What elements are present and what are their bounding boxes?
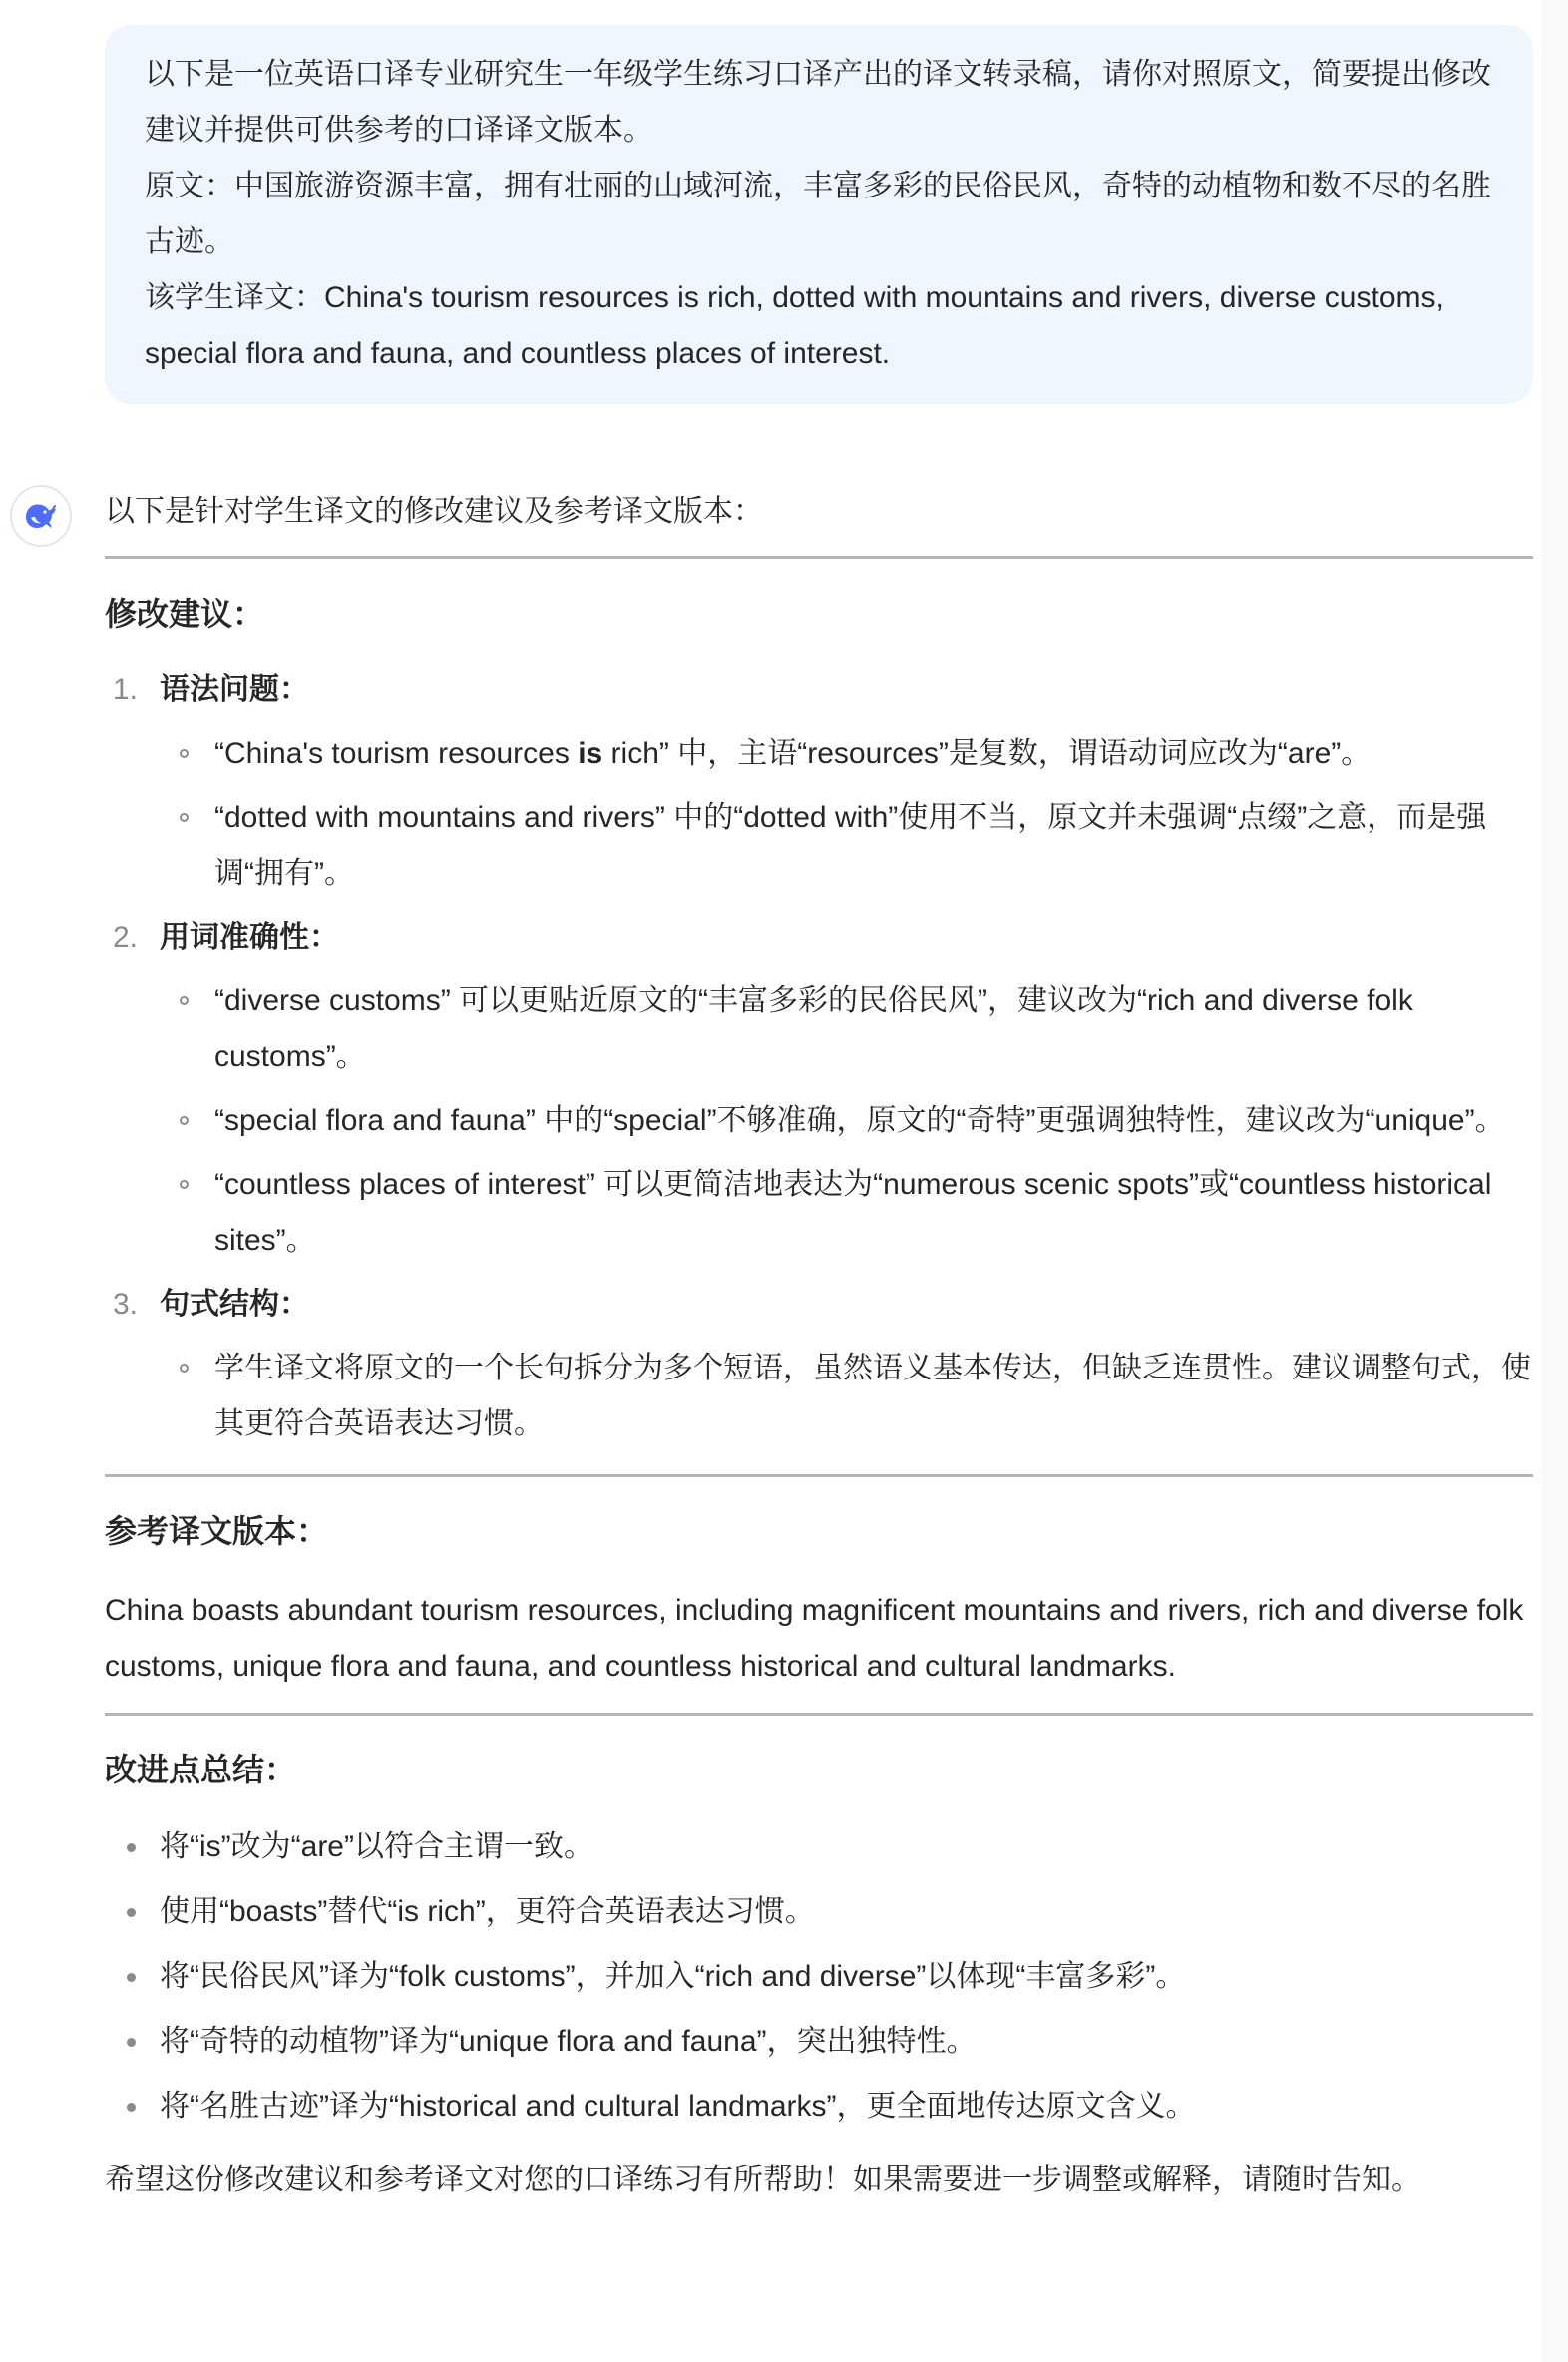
sub-item-text: “diverse customs” 可以更贴近原文的“丰富多彩的民俗民风”，建议…	[214, 984, 1413, 1073]
suggestion-item: 1. 语法问题： “China's tourism resources is r…	[105, 662, 1533, 902]
deepseek-whale-icon	[23, 501, 59, 531]
suggestion-item: 2. 用词准确性： “diverse customs” 可以更贴近原文的“丰富多…	[105, 910, 1533, 1269]
user-message-line: 以下是一位英语口译专业研究生一年级学生练习口译产出的译文转录稿，请你对照原文，简…	[145, 47, 1493, 159]
suggestion-label: 句式结构：	[160, 1288, 309, 1321]
summary-item: 将“is”改为“are”以符合主谓一致。	[105, 1819, 1533, 1875]
list-number: 1.	[113, 662, 138, 718]
summary-heading: 改进点总结：	[105, 1742, 1533, 1797]
right-panel-edge	[1542, 0, 1568, 2362]
summary-item: 使用“boasts”替代“is rich”，更符合英语表达习惯。	[105, 1884, 1533, 1940]
suggestion-item: 3. 句式结构： 学生译文将原文的一个长句拆分为多个短语，虽然语义基本传达，但缺…	[105, 1277, 1533, 1452]
assistant-intro: 以下是针对学生译文的修改建议及参考译文版本：	[105, 484, 1533, 540]
sub-item: “diverse customs” 可以更贴近原文的“丰富多彩的民俗民风”，建议…	[160, 974, 1533, 1085]
suggestion-subitems: 学生译文将原文的一个长句拆分为多个短语，虽然语义基本传达，但缺乏连贯性。建议调整…	[160, 1341, 1533, 1452]
summary-list: 将“is”改为“are”以符合主谓一致。 使用“boasts”替代“is ric…	[105, 1819, 1533, 2135]
divider	[105, 1474, 1533, 1477]
sub-item: “dotted with mountains and rivers” 中的“do…	[160, 790, 1533, 902]
sub-item-text: 学生译文将原文的一个长句拆分为多个短语，虽然语义基本传达，但缺乏连贯性。建议调整…	[214, 1352, 1531, 1440]
sub-item-text: “China's tourism resources	[214, 737, 578, 770]
divider	[105, 1713, 1533, 1716]
sub-item: “countless places of interest” 可以更简洁地表达为…	[160, 1157, 1533, 1269]
sub-item-text: “special flora and fauna” 中的“special”不够准…	[214, 1104, 1505, 1137]
sub-item-text: rich” 中，主语“resources”是复数，谓语动词应改为“are”。	[602, 737, 1371, 770]
closing-text: 希望这份修改建议和参考译文对您的口译练习有所帮助！如果需要进一步调整或解释，请随…	[105, 2153, 1533, 2208]
summary-item: 将“奇特的动植物”译为“unique flora and fauna”，突出独特…	[105, 2014, 1533, 2070]
user-message-line: 该学生译文：China's tourism resources is rich,…	[145, 270, 1493, 382]
suggestion-label: 用词准确性：	[160, 921, 339, 954]
suggestion-subitems: “diverse customs” 可以更贴近原文的“丰富多彩的民俗民风”，建议…	[160, 974, 1533, 1269]
suggestion-label: 语法问题：	[160, 673, 309, 706]
sub-item: “special flora and fauna” 中的“special”不够准…	[160, 1093, 1533, 1149]
user-message-bubble: 以下是一位英语口译专业研究生一年级学生练习口译产出的译文转录稿，请你对照原文，简…	[105, 25, 1533, 404]
sub-item: 学生译文将原文的一个长句拆分为多个短语，虽然语义基本传达，但缺乏连贯性。建议调整…	[160, 1341, 1533, 1452]
summary-item: 将“名胜古迹”译为“historical and cultural landma…	[105, 2079, 1533, 2135]
sub-item: “China's tourism resources is rich” 中，主语…	[160, 726, 1533, 782]
assistant-avatar	[10, 485, 72, 547]
reference-translation: China boasts abundant tourism resources,…	[105, 1583, 1533, 1695]
suggestion-subitems: “China's tourism resources is rich” 中，主语…	[160, 726, 1533, 902]
summary-item: 将“民俗民风”译为“folk customs”，并加入“rich and div…	[105, 1949, 1533, 2005]
list-number: 2.	[113, 910, 138, 966]
suggestions-heading: 修改建议：	[105, 587, 1533, 642]
list-number: 3.	[113, 1277, 138, 1333]
sub-item-text: “countless places of interest” 可以更简洁地表达为…	[214, 1168, 1491, 1257]
assistant-message: 以下是针对学生译文的修改建议及参考译文版本： 修改建议： 1. 语法问题： “C…	[105, 484, 1533, 2208]
reference-heading: 参考译文版本：	[105, 1503, 1533, 1559]
user-message-line: 原文：中国旅游资源丰富，拥有壮丽的山域河流，丰富多彩的民俗民风，奇特的动植物和数…	[145, 159, 1493, 270]
sub-item-text: “dotted with mountains and rivers” 中的“do…	[214, 801, 1486, 890]
divider	[105, 556, 1533, 559]
sub-item-bold: is	[578, 737, 602, 770]
suggestions-list: 1. 语法问题： “China's tourism resources is r…	[105, 662, 1533, 1452]
